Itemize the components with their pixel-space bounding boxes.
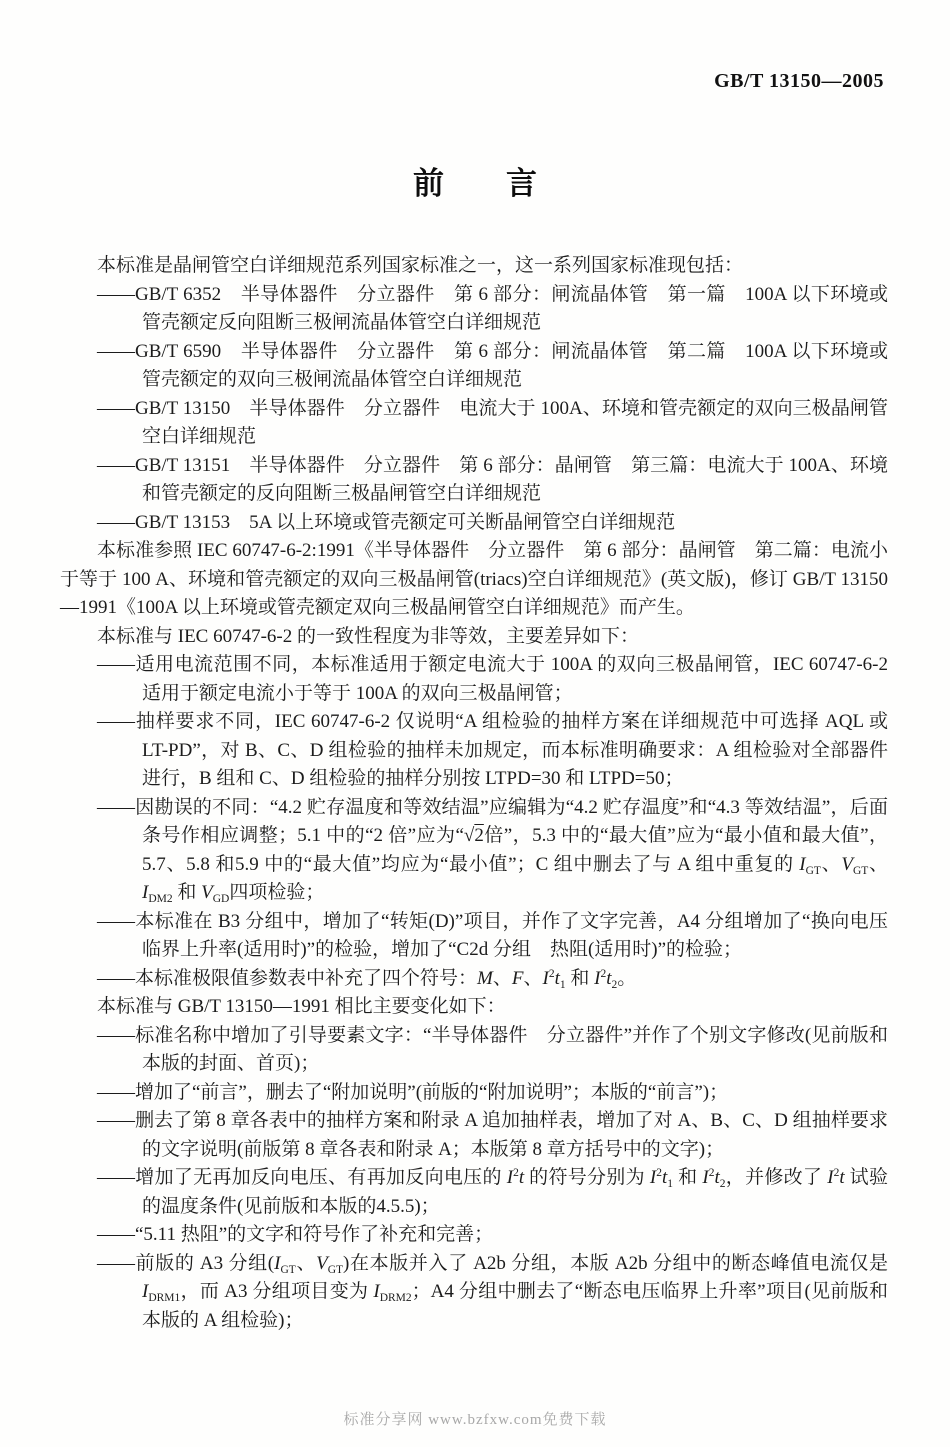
paragraph: 本标准是晶闸管空白详细规范系列国家标准之一，这一系列国家标准现包括： — [60, 252, 888, 281]
subscript: DM2 — [148, 893, 172, 905]
list-item: ——本标准在 B3 分组中，增加了“转矩(D)”项目，并作了文字完善，A4 分组… — [60, 908, 888, 965]
italic-symbol: M — [477, 968, 493, 989]
doc-number: GB/T 13150—2005 — [714, 70, 884, 93]
italic-symbol: V — [316, 1253, 328, 1274]
watermark-text: 标准分享网 www.bzfxw.com免费下载 — [0, 1408, 950, 1429]
paragraph: 本标准参照 IEC 60747-6-2:1991《半导体器件 分立器件 第 6 … — [60, 537, 888, 623]
list-item: ——适用电流范围不同，本标准适用于额定电流大于 100A 的双向三极晶闸管，IE… — [60, 651, 888, 708]
subscript: 2 — [611, 979, 617, 991]
subscript: GT — [280, 1264, 295, 1276]
subscript: DRM1 — [148, 1292, 180, 1304]
subscript: GD — [213, 893, 230, 905]
italic-symbol: t — [839, 1167, 844, 1188]
radicand: 2 — [474, 825, 484, 846]
subscript: GT — [806, 865, 821, 877]
list-item: ——标准名称中增加了引导要素文字：“半导体器件 分立器件”并作了个别文字修改(见… — [60, 1022, 888, 1079]
page-title: 前 言 — [0, 158, 950, 203]
italic-symbol: F — [512, 968, 524, 989]
list-item: ——GB/T 6352 半导体器件 分立器件 第 6 部分：闸流晶体管 第一篇 … — [60, 281, 888, 338]
list-item: ——前版的 A3 分组(IGT、VGT)在本版并入了 A2b 分组，本版 A2b… — [60, 1250, 888, 1336]
foreword-body: 本标准是晶闸管空白详细规范系列国家标准之一，这一系列国家标准现包括：——GB/T… — [60, 252, 888, 1335]
subscript: 2 — [720, 1178, 726, 1190]
paragraph: 本标准与 IEC 60747-6-2 的一致性程度为非等效，主要差异如下： — [60, 623, 888, 652]
list-item: ——GB/T 13151 半导体器件 分立器件 第 6 部分：晶闸管 第三篇：电… — [60, 452, 888, 509]
list-item: ——抽样要求不同，IEC 60747-6-2 仅说明“A 组检验的抽样方案在详细… — [60, 708, 888, 794]
subscript: 1 — [667, 1178, 673, 1190]
subscript: GT — [853, 865, 868, 877]
document-page: GB/T 13150—2005 前 言 本标准是晶闸管空白详细规范系列国家标准之… — [0, 0, 950, 1447]
italic-symbol: V — [841, 854, 853, 875]
paragraph: 本标准与 GB/T 13150—1991 相比主要变化如下： — [60, 993, 888, 1022]
list-item: ——GB/T 6590 半导体器件 分立器件 第 6 部分：闸流晶体管 第二篇 … — [60, 338, 888, 395]
italic-symbol: V — [201, 882, 213, 903]
list-item: ——本标准极限值参数表中补充了四个符号：M、F、I2t1 和 I2t2。 — [60, 965, 888, 994]
subscript: DRM2 — [380, 1292, 412, 1304]
list-item: ——增加了无再加反向电压、有再加反向电压的 I2t 的符号分别为 I2t1 和 … — [60, 1164, 888, 1221]
list-item: ——增加了“前言”，删去了“附加说明”(前版的“附加说明”；本版的“前言”)； — [60, 1079, 888, 1108]
italic-symbol: t — [519, 1167, 524, 1188]
list-item: ——删去了第 8 章各表中的抽样方案和附录 A 追加抽样表，增加了对 A、B、C… — [60, 1107, 888, 1164]
list-item: ——GB/T 13153 5A 以上环境或管壳额定可关断晶闸管空白详细规范 — [60, 509, 888, 538]
list-item: ——GB/T 13150 半导体器件 分立器件 电流大于 100A、环境和管壳额… — [60, 395, 888, 452]
list-item: ——“5.11 热阻”的文字和符号作了补充和完善； — [60, 1221, 888, 1250]
list-item: ——因勘误的不同：“4.2 贮存温度和等效结温”应编辑为“4.2 贮存温度”和“… — [60, 794, 888, 908]
subscript: GT — [328, 1264, 343, 1276]
subscript: 1 — [560, 979, 566, 991]
